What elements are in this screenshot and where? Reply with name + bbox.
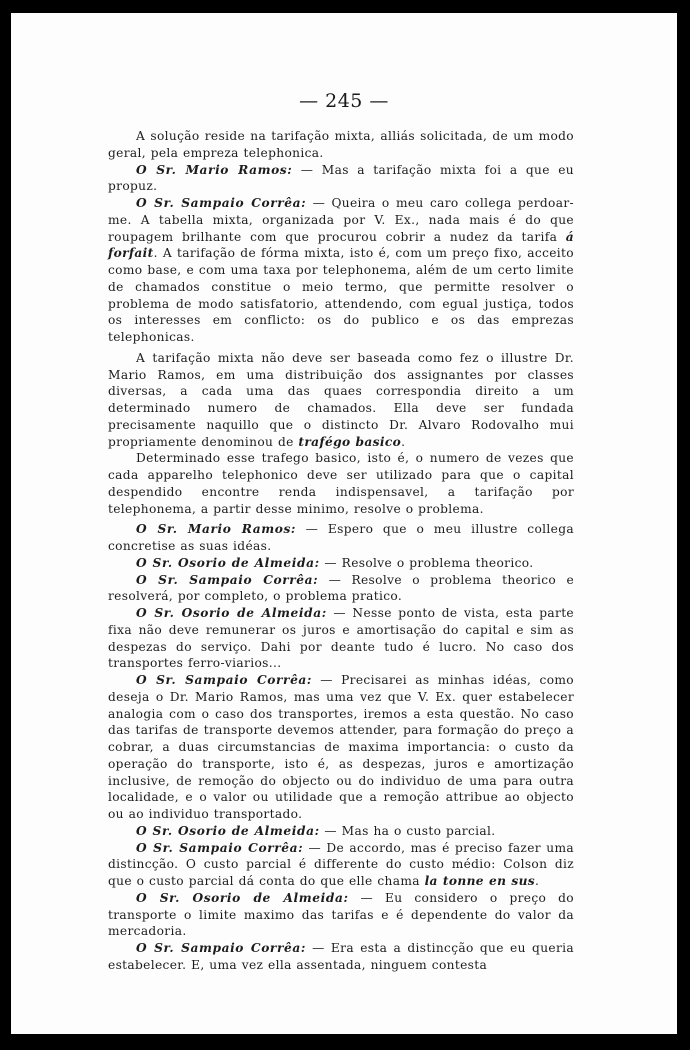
paragraph: A solução reside na tarifação mixta, all… — [108, 128, 574, 162]
speaker-name: O Sr. Sampaio Corrêa: — [136, 673, 312, 687]
speaker-name: O Sr. Sampaio Corrêa: — [136, 573, 318, 587]
paragraph: A tarifação mixta não deve ser baseada c… — [108, 350, 574, 451]
speech-text: — Mas ha o custo parcial. — [320, 824, 496, 838]
speaker-name: O Sr. Sampaio Corrêa: — [136, 841, 303, 855]
speech-paragraph: O Sr. Sampaio Corrêa: — Era esta a disti… — [108, 940, 574, 974]
speaker-name: O Sr. Osorio de Almeida: — [136, 891, 349, 905]
paragraph-text: A solução reside na tarifação mixta, all… — [108, 129, 574, 160]
speech-paragraph: O Sr. Sampaio Corrêa: — Precisarei as mi… — [108, 672, 574, 823]
speech-paragraph: O Sr. Sampaio Corrêa: — Resolve o proble… — [108, 572, 574, 606]
speech-paragraph: O Sr. Osorio de Almeida: — Nesse ponto d… — [108, 605, 574, 672]
page-number: — 245 — — [11, 90, 677, 112]
speaker-name: O Sr. Mario Ramos: — [136, 522, 296, 536]
paragraph: Determinado esse trafego basico, isto é,… — [108, 450, 574, 517]
speech-text: . — [535, 874, 539, 888]
speaker-name: O Sr. Sampaio Corrêa: — [136, 941, 306, 955]
speaker-name: O Sr. Sampaio Corrêa: — [136, 196, 306, 210]
speech-paragraph: O Sr. Osorio de Almeida: — Eu considero … — [108, 890, 574, 940]
speech-text: — Resolve o problema theorico. — [320, 556, 534, 570]
speaker-name: O Sr. Mario Ramos: — [136, 163, 292, 177]
emphasis-text: trafégo basico — [298, 435, 401, 449]
speaker-name: O Sr. Osorio de Almeida: — [136, 606, 327, 620]
speech-paragraph: O Sr. Mario Ramos: — Espero que o meu il… — [108, 521, 574, 555]
speech-paragraph: O Sr. Sampaio Corrêa: — De accordo, mas … — [108, 840, 574, 890]
speech-paragraph: O Sr. Sampaio Corrêa: — Queira o meu car… — [108, 195, 574, 346]
speech-paragraph: O Sr. Osorio de Almeida: — Mas ha o cust… — [108, 823, 574, 840]
speech-paragraph: O Sr. Mario Ramos: — Mas a tarifação mix… — [108, 162, 574, 196]
scanned-page: — 245 — A solução reside na tarifação mi… — [11, 13, 677, 1034]
body-text: A solução reside na tarifação mixta, all… — [108, 128, 574, 974]
speaker-name: O Sr. Osorio de Almeida: — [136, 556, 320, 570]
paragraph-text: . — [401, 435, 405, 449]
speech-text: — Precisarei as minhas idéas, como desej… — [108, 673, 574, 821]
speaker-name: O Sr. Osorio de Almeida: — [136, 824, 320, 838]
speech-paragraph: O Sr. Osorio de Almeida: — Resolve o pro… — [108, 555, 574, 572]
paragraph-text: Determinado esse trafego basico, isto é,… — [108, 451, 574, 515]
emphasis-text: la tonne en sus — [425, 874, 535, 888]
speech-text: . A tarifação de fórma mixta, isto é, co… — [108, 246, 574, 344]
